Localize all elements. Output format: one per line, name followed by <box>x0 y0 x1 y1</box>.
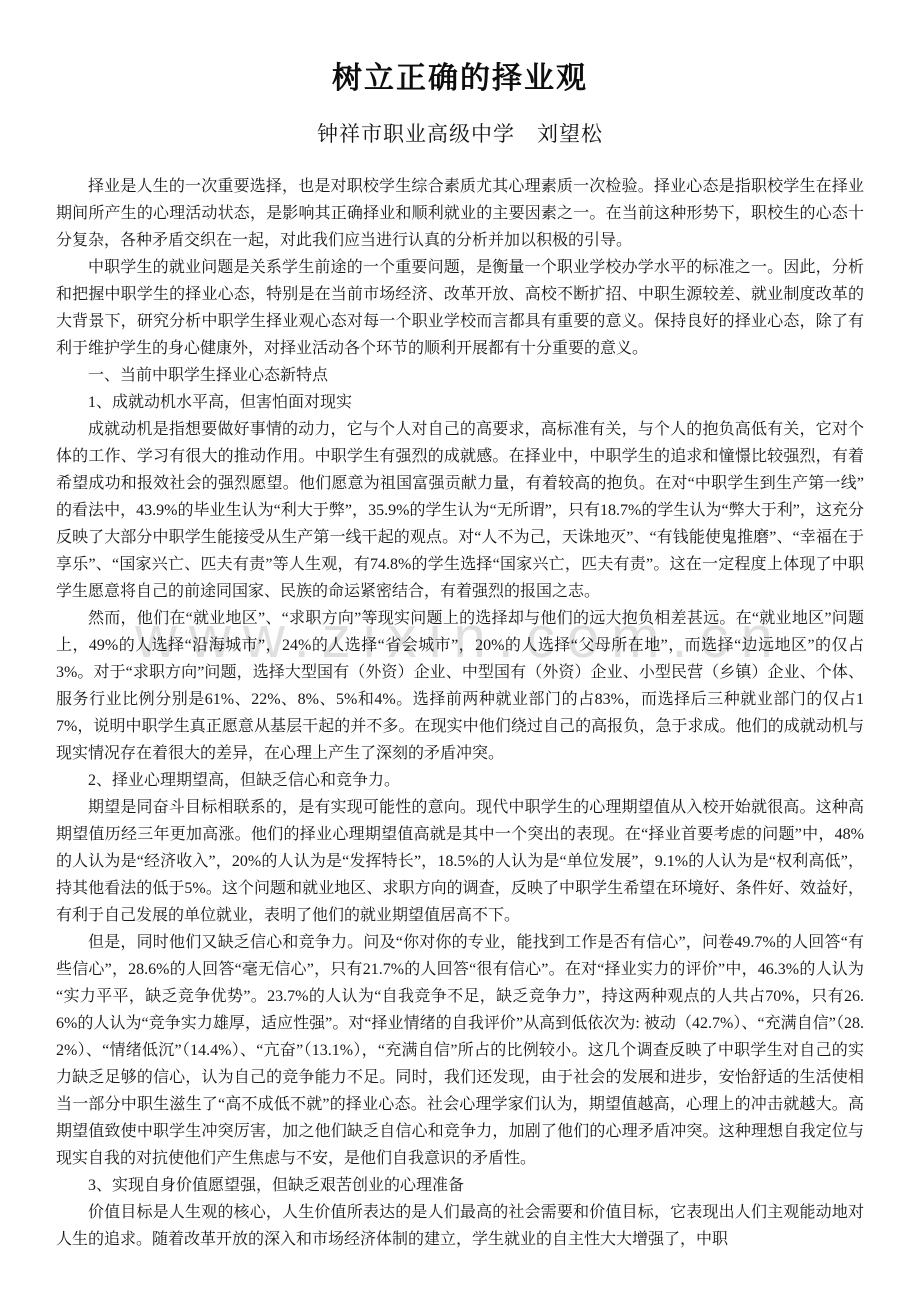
document-body: 择业是人生的一次重要选择，也是对职校学生综合素质尤其心理素质一次检验。择业心态是… <box>56 173 864 1253</box>
paragraph: 但是，同时他们又缺乏信心和竞争力。问及“你对你的专业，能找到工作是否有信心”，问… <box>56 929 864 1172</box>
paragraph: 价值目标是人生观的核心，人生价值所表达的是人们最高的社会需要和价值目标，它表现出… <box>56 1199 864 1253</box>
section-heading: 3、实现自身价值愿望强，但缺乏艰苦创业的心理准备 <box>56 1172 864 1199</box>
document-author: 钟祥市职业高级中学 刘望松 <box>56 122 864 147</box>
paragraph: 期望是同奋斗目标相联系的，是有实现可能性的意向。现代中职学生的心理期望值从入校开… <box>56 794 864 929</box>
section-heading: 2、择业心理期望高，但缺乏信心和竞争力。 <box>56 767 864 794</box>
paragraph: 成就动机是指想要做好事情的动力，它与个人对自己的高要求，高标准有关，与个人的抱负… <box>56 416 864 605</box>
section-heading: 一、当前中职学生择业心态新特点 <box>56 362 864 389</box>
section-heading: 1、成就动机水平高，但害怕面对现实 <box>56 389 864 416</box>
paragraph: 然而，他们在“就业地区”、“求职方向”等现实问题上的选择却与他们的远大抱负相差甚… <box>56 605 864 767</box>
document-title: 树立正确的择业观 <box>56 62 864 96</box>
paragraph: 中职学生的就业问题是关系学生前途的一个重要问题，是衡量一个职业学校办学水平的标准… <box>56 254 864 362</box>
document-content: 树立正确的择业观 钟祥市职业高级中学 刘望松 择业是人生的一次重要选择，也是对职… <box>0 0 920 1253</box>
paragraph: 择业是人生的一次重要选择，也是对职校学生综合素质尤其心理素质一次检验。择业心态是… <box>56 173 864 254</box>
document-page: www.zixin.com.cn 树立正确的择业观 钟祥市职业高级中学 刘望松 … <box>0 0 920 1302</box>
